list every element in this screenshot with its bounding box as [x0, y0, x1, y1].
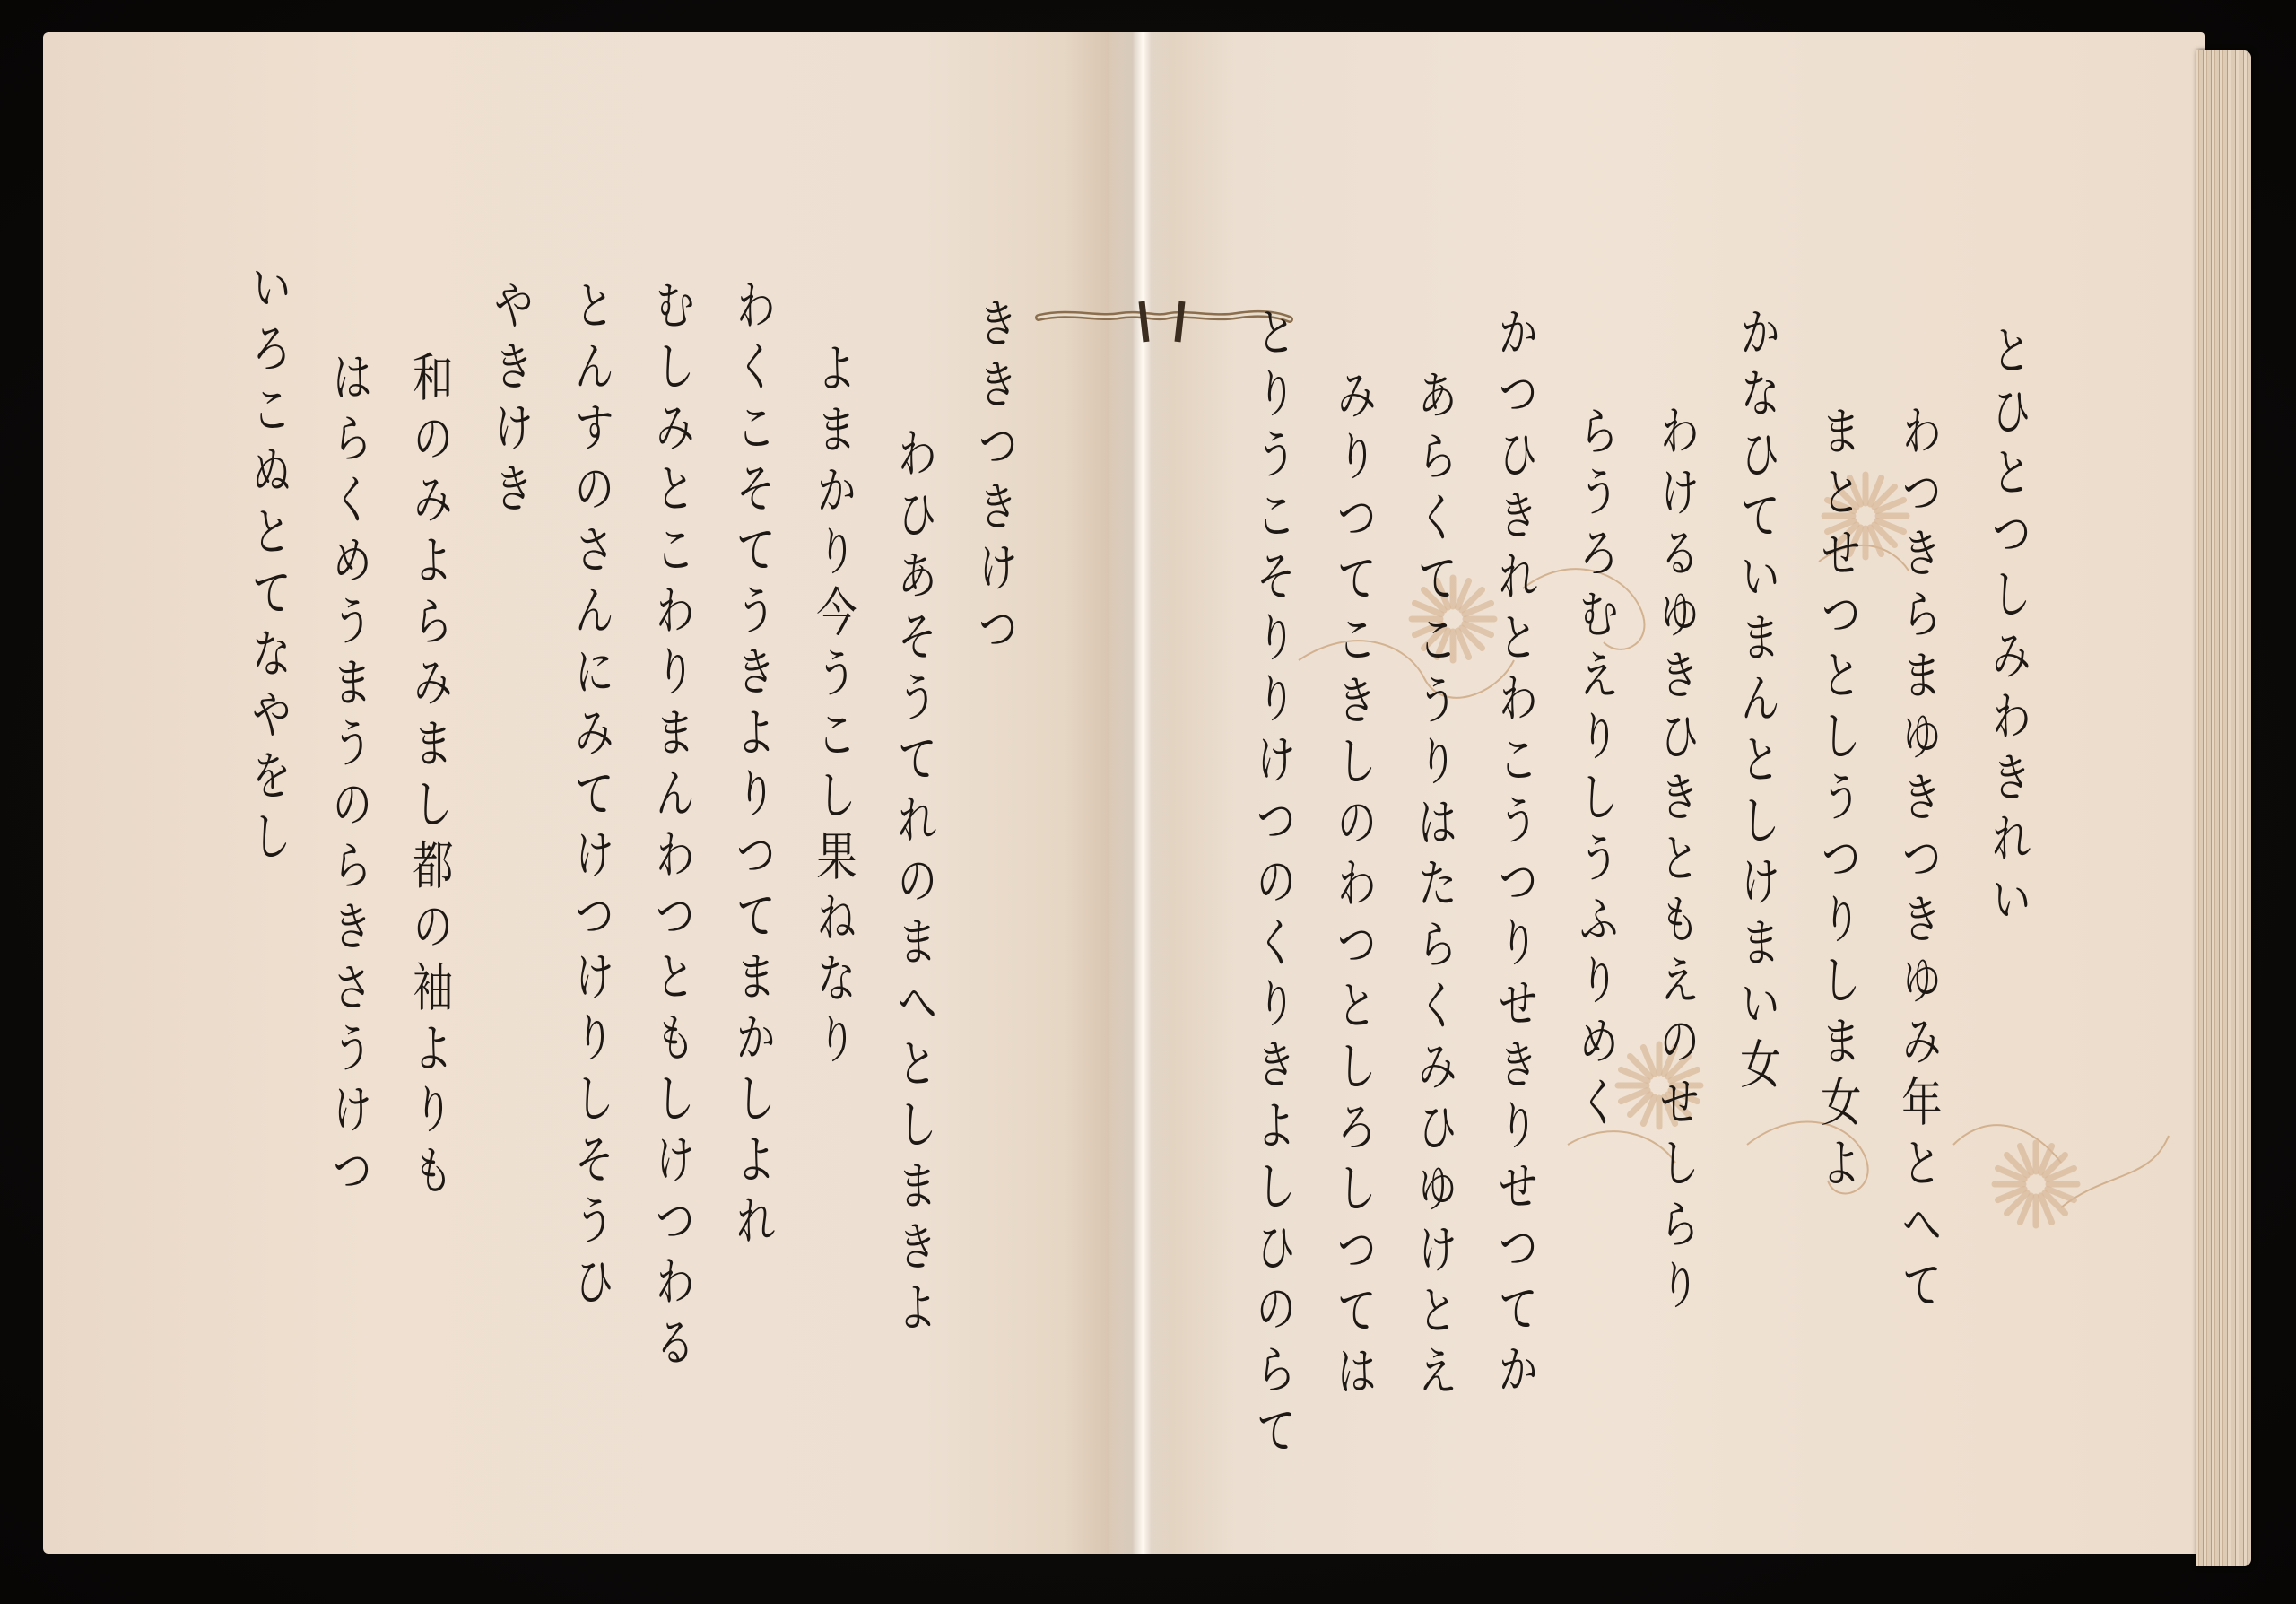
left-text-column: わひあそうてれのまへとしまきよ: [893, 426, 934, 1341]
left-text-column: ききつきけつ: [974, 296, 1014, 662]
left-text-column: 和のみよらみまし都の袖よりも: [409, 350, 449, 1204]
right-text-column: とりうこそりりけつのくりきよしひのらて: [1252, 305, 1292, 1464]
left-text-column: わくこそてうきよりつてまかしよれ: [732, 278, 772, 1254]
left-text-column: はらくめうまうのらきさうけつ: [328, 350, 369, 1204]
open-book: とひとつしみわきれいわつきらまゆきつきゆみ年とへてまとせつとしうつりしま女よかな…: [43, 32, 2249, 1557]
right-text-column: みりつてこきしのわつとしろしつては: [1333, 368, 1373, 1405]
chrysanthemum-icon: [1987, 1135, 2085, 1234]
left-text-column: いろこぬとてなやをし: [248, 260, 288, 870]
right-text-column: かつひきれとわこうつりせきりせつてか: [1494, 305, 1535, 1403]
left-text-column: むしみとこわりまんわつともしけつわる: [651, 278, 691, 1376]
right-text-column: あらくてこうりはたらくみひゆけとえ: [1413, 368, 1454, 1405]
right-text-column: わけるゆきひきともえのせしらり: [1656, 404, 1696, 1319]
left-text-column: やきけき: [490, 278, 530, 522]
left-text-column: とんすのさんにみてけつけりしそうひ: [570, 278, 611, 1315]
right-text-column: まとせつとしうつりしま女よ: [1817, 404, 1857, 1197]
right-text-column: かなひていまんとしけまい女: [1736, 305, 1777, 1098]
left-text-column: よまかり今うこし果ねなり: [813, 341, 853, 1073]
right-text-column: わつきらまゆきつきゆみ年とへて: [1898, 404, 1938, 1319]
right-text-column: らうろむえりしうふりめく: [1575, 404, 1615, 1136]
right-text-column: とひとつしみわきれい: [1987, 323, 2028, 933]
